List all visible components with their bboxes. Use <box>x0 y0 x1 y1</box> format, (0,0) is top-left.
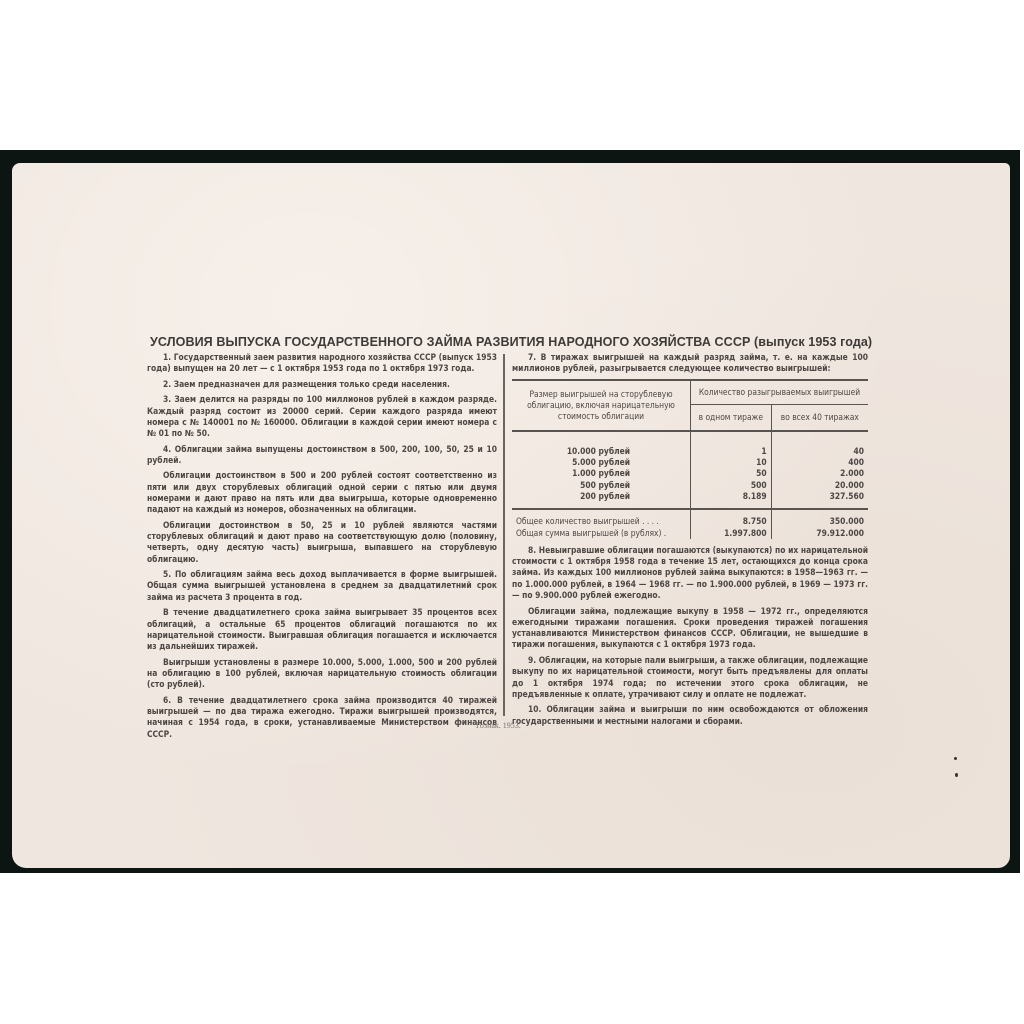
clause-4-denominations-50-25-10: Облигации достоинством в 50, 25 и 10 руб… <box>147 520 497 565</box>
prize-size: 10.000 рублей <box>512 446 691 457</box>
total-sum-all-draws: 79.912.000 <box>771 528 868 539</box>
count-one-draw: 50 <box>691 468 772 479</box>
clause-8: 8. Невыигравшие облигации погашаются (вы… <box>512 545 868 601</box>
table-row: 500 рублей 500 20.000 <box>512 480 868 491</box>
clause-6: 6. В течение двадцатилетнего срока займа… <box>147 695 497 740</box>
total-sum-one-draw: 1.997.800 <box>691 528 772 539</box>
count-one-draw: 10 <box>691 457 772 468</box>
clause-4: 4. Облигации займа выпущены достоинством… <box>147 444 497 467</box>
total-sum-label: Общая сумма выигрышей (в рублях) . <box>512 528 691 539</box>
total-count-one-draw: 8.750 <box>691 509 772 527</box>
prize-size: 200 рублей <box>512 491 691 509</box>
header-all-draws: во всех 40 тиражах <box>771 404 868 431</box>
count-all-draws: 40 <box>771 446 868 457</box>
table-row: 200 рублей 8.189 327.560 <box>512 491 868 509</box>
prize-table: Размер выигрышей на сторублевую облигаци… <box>512 379 868 539</box>
header-one-draw: в одном тираже <box>691 404 772 431</box>
count-all-draws: 2.000 <box>771 468 868 479</box>
right-column: 7. В тиражах выигрышей на каждый разряд … <box>512 352 868 731</box>
prize-size: 500 рублей <box>512 480 691 491</box>
total-count-row: Общее количество выигрышей . . . . 8.750… <box>512 509 868 527</box>
total-sum-row: Общая сумма выигрышей (в рублях) . 1.997… <box>512 528 868 539</box>
count-one-draw: 8.189 <box>691 491 772 509</box>
count-one-draw: 1 <box>691 446 772 457</box>
clause-4-denominations-500-200: Облигации достоинством в 500 и 200 рубле… <box>147 470 497 515</box>
clause-3: 3. Заем делится на разряды по 100 миллио… <box>147 394 497 439</box>
count-all-draws: 20.000 <box>771 480 868 491</box>
paper-blemish <box>954 757 957 760</box>
table-row: 5.000 рублей 10 400 <box>512 457 868 468</box>
clause-5-prize-sizes: Выигрыши установлены в размере 10.000, 5… <box>147 657 497 691</box>
paper-blemish <box>955 773 958 777</box>
count-all-draws: 327.560 <box>771 491 868 509</box>
prize-size: 5.000 рублей <box>512 457 691 468</box>
clause-1: 1. Государственный заем развития народно… <box>147 352 497 375</box>
total-count-all-draws: 350.000 <box>771 509 868 527</box>
total-count-label: Общее количество выигрышей . . . . <box>512 509 691 527</box>
count-one-draw: 500 <box>691 480 772 491</box>
document-title: УСЛОВИЯ ВЫПУСКА ГОСУДАРСТВЕННОГО ЗАЙМА Р… <box>150 334 834 349</box>
clause-8-redemption-draws: Облигации займа, подлежащие выкупу в 195… <box>512 606 868 651</box>
count-all-draws: 400 <box>771 457 868 468</box>
header-prize-size: Размер выигрышей на сторублевую облигаци… <box>512 380 691 431</box>
clause-7: 7. В тиражах выигрышей на каждый разряд … <box>512 352 868 375</box>
clause-2: 2. Заем предназначен для размещения толь… <box>147 379 497 390</box>
table-row: 10.000 рублей 1 40 <box>512 446 868 457</box>
clause-5: 5. По облигациям займа весь доход выплач… <box>147 569 497 603</box>
clause-10: 10. Облигации займа и выигрыши по ним ос… <box>512 704 868 727</box>
printer-imprint: Гознак. 1953. <box>476 721 521 730</box>
header-prize-count-group: Количество разыгрываемых выигрышей <box>691 380 869 405</box>
table-row: 1.000 рублей 50 2.000 <box>512 468 868 479</box>
left-column: 1. Государственный заем развития народно… <box>147 352 497 744</box>
clause-9: 9. Облигации, на которые пали выигрыши, … <box>512 655 868 700</box>
column-divider <box>503 354 505 716</box>
prize-size: 1.000 рублей <box>512 468 691 479</box>
clause-5-winning-rate: В течение двадцатилетнего срока займа вы… <box>147 607 497 652</box>
